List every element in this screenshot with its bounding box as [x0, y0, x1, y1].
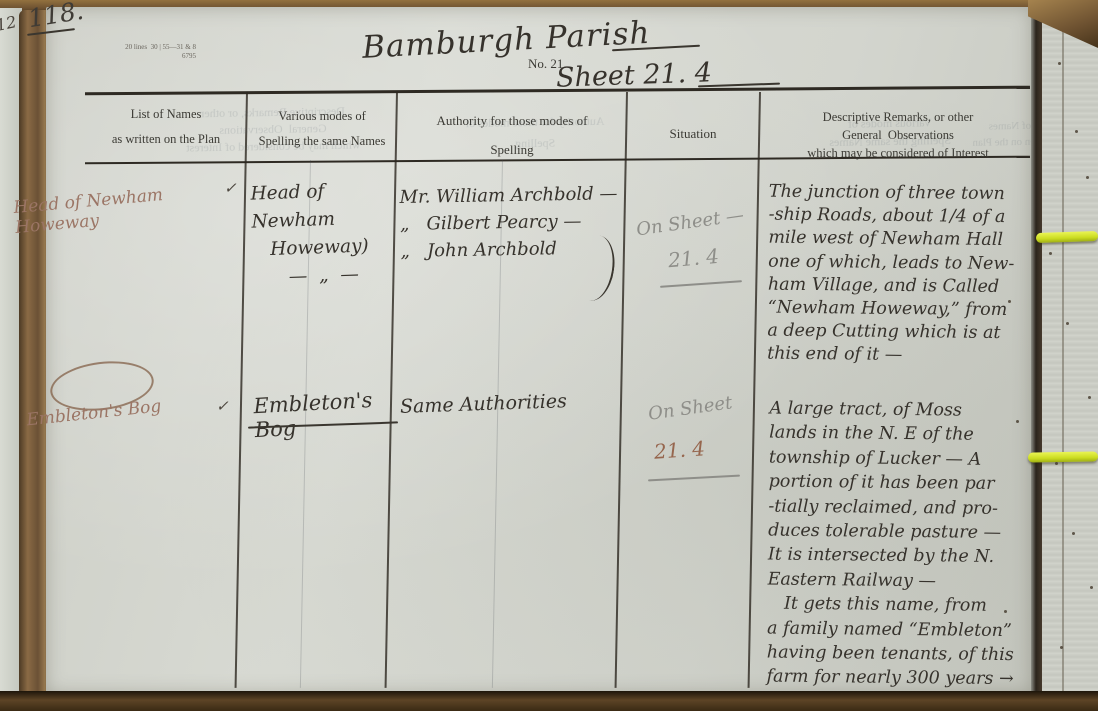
print-code-stamp: 20 lines 30 | 55—31 & 8 6795 [86, 43, 196, 61]
wormhole-speck [1060, 646, 1063, 649]
binding-strip [19, 10, 48, 696]
bleedthrough-text: Authority for those modes of Spelling [430, 110, 641, 156]
wormhole-speck [1004, 610, 1007, 613]
photo-of-name-book-page: { "colors": { "paper": "#d4d6cf", "ink_d… [0, 0, 1098, 711]
page-stack-edge [1042, 0, 1098, 711]
tick-mark: ✓ [224, 179, 237, 197]
tick-mark: ✓ [216, 397, 229, 415]
situation-sheet-number: 21. 4 [653, 436, 705, 463]
bleedthrough-text: Descriptive Remarks, or other General Ob… [118, 101, 429, 157]
stack-crease [1062, 30, 1064, 700]
column-header-situation: Situation [630, 126, 756, 142]
wormhole-speck [1058, 62, 1061, 65]
spelling-cell: Head of Newham Howeway) — „ — [250, 175, 404, 292]
wormhole-speck [1086, 176, 1089, 179]
wormhole-speck [1088, 396, 1091, 399]
yellow-tie [1028, 451, 1098, 462]
wormhole-speck [1055, 462, 1058, 465]
remarks-cell: The junction of three town -ship Roads, … [767, 181, 1039, 369]
wormhole-speck [1016, 420, 1019, 423]
remarks-cell: A large tract, of Moss lands in the N. E… [766, 397, 1049, 693]
wormhole-speck [1072, 532, 1075, 535]
situation-sheet-number: 21. 4 [667, 244, 720, 272]
wormhole-speck [1066, 322, 1069, 325]
wormhole-speck [1049, 252, 1052, 255]
wormhole-speck [1008, 300, 1011, 303]
page-gap-shadow [1031, 0, 1042, 711]
wormhole-speck [1075, 130, 1078, 133]
spelling-cell: Embleton's Bog [253, 386, 415, 442]
wormhole-speck [1090, 586, 1093, 589]
wood-table-bottom [0, 691, 1098, 711]
